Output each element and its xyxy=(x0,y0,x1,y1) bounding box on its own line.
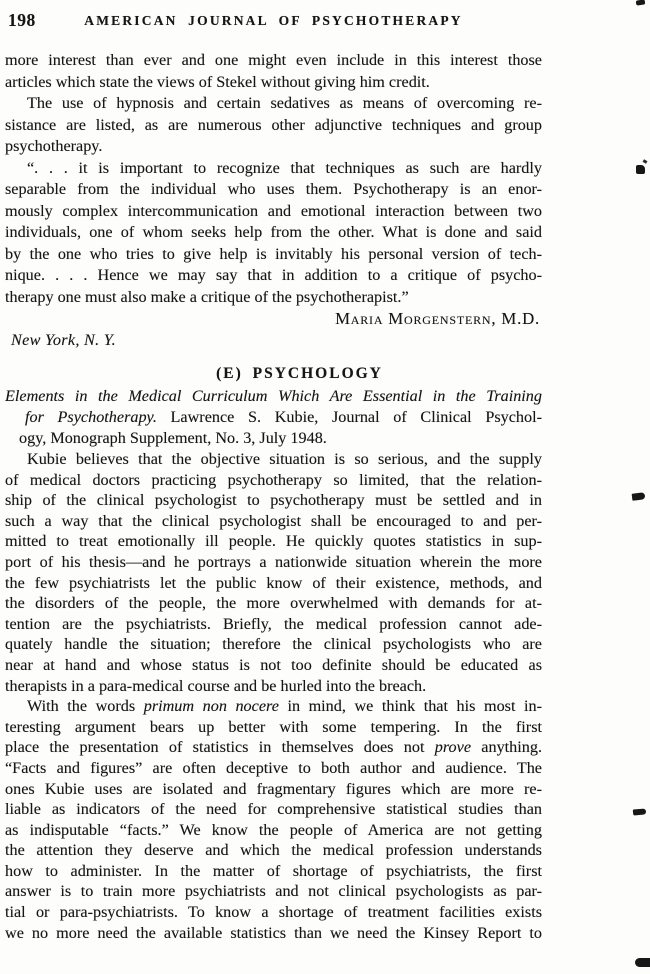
ink-smudge xyxy=(633,808,646,815)
review-paragraph: Kubie believes that the objective situat… xyxy=(5,449,542,696)
text-line: tial or para-psychiatrists. To know a sh… xyxy=(5,902,542,923)
text-line: the few psychiatrists let the public kno… xyxy=(5,573,542,594)
text-segment: in mind, we think that his most in- xyxy=(279,697,542,715)
latin-phrase-italic: primum non nocere xyxy=(144,697,279,715)
review-paragraph: With the words primum non nocere in mind… xyxy=(5,696,542,943)
quote-line: mously complex intercommunication and em… xyxy=(5,201,542,223)
text-line: as indisputable “facts.” We know the peo… xyxy=(5,820,542,841)
ink-smudge xyxy=(636,0,646,6)
scanned-journal-page: 198 AMERICAN JOURNAL OF PSYCHOTHERAPY mo… xyxy=(0,0,650,974)
text-line: of medical doctors practicing psychother… xyxy=(5,470,542,491)
reviewer-signature: Maria Morgenstern, M.D. xyxy=(5,308,542,330)
section-heading: (E) PSYCHOLOGY xyxy=(5,363,542,384)
ink-smudge xyxy=(632,492,646,501)
text-line: articles which state the views of Stekel… xyxy=(5,72,542,94)
text-segment: anything. xyxy=(471,738,542,756)
reference-citation: Elements in the Medical Curriculum Which… xyxy=(5,386,542,449)
quote-line: nique. . . . Hence we may say that in ad… xyxy=(5,265,542,287)
text-line: “Facts and figures” are often deceptive … xyxy=(5,758,542,779)
reviewer-location: New York, N. Y. xyxy=(5,330,542,352)
text-line: psychotherapy. xyxy=(5,136,542,158)
text-line: port of his thesis—and he portrays a nat… xyxy=(5,552,542,573)
text-line: place the presentation of statistics in … xyxy=(5,737,542,758)
text-line: ship of the clinical psychologist to psy… xyxy=(5,490,542,511)
text-line: how to administer. In the matter of shor… xyxy=(5,861,542,882)
text-line: The use of hypnosis and certain sedative… xyxy=(5,93,542,115)
text-line: we no more need the available statistics… xyxy=(5,923,542,944)
quote-line: “. . . it is important to recognize that… xyxy=(5,158,542,180)
ink-smudge xyxy=(636,165,645,174)
text-line: more interest than ever and one might ev… xyxy=(5,50,542,72)
text-segment: place the presentation of statistics in … xyxy=(5,738,435,756)
text-line: near at hand and whose status is not too… xyxy=(5,655,542,676)
text-line: liable as indicators of the need for com… xyxy=(5,799,542,820)
text-line: ones Kubie uses are isolated and fragmen… xyxy=(5,779,542,800)
quote-line: separable from the individual who uses t… xyxy=(5,179,542,201)
text-line: the disorders of the people, the more ov… xyxy=(5,593,542,614)
reference-line: for Psychotherapy. Lawrence S. Kubie, Jo… xyxy=(5,407,542,428)
reference-title-italic: for Psychotherapy. xyxy=(25,408,157,426)
page-body: more interest than ever and one might ev… xyxy=(5,50,542,943)
emphasis-italic: prove xyxy=(435,738,471,756)
text-line: such a way that the clinical psychologis… xyxy=(5,511,542,532)
quote-line: by the one who tries to give help is inv… xyxy=(5,244,542,266)
paragraph: The use of hypnosis and certain sedative… xyxy=(5,93,542,158)
quote-line: individuals, one of whom seeks help from… xyxy=(5,222,542,244)
text-line: teresting argument bears up better with … xyxy=(5,717,542,738)
text-line: tention are the psychiatrists. Briefly, … xyxy=(5,614,542,635)
text-line: Kubie believes that the objective situat… xyxy=(5,449,542,470)
text-line: quately handle the situation; therefore … xyxy=(5,634,542,655)
paragraph-continuation: more interest than ever and one might ev… xyxy=(5,50,542,93)
text-line: mitted to treat emotionally ill people. … xyxy=(5,531,542,552)
reference-line: Elements in the Medical Curriculum Which… xyxy=(5,386,542,407)
text-segment: With the words xyxy=(27,697,144,715)
page-header: 198 AMERICAN JOURNAL OF PSYCHOTHERAPY xyxy=(5,10,542,36)
text-line: With the words primum non nocere in mind… xyxy=(5,696,542,717)
text-line: sistance are listed, as are numerous oth… xyxy=(5,115,542,137)
running-head-journal-title: AMERICAN JOURNAL OF PSYCHOTHERAPY xyxy=(5,13,542,29)
block-quotation: “. . . it is important to recognize that… xyxy=(5,158,542,309)
text-line: answer is to train more psychiatrists an… xyxy=(5,881,542,902)
quote-line: therapy one must also make a critique of… xyxy=(5,287,542,309)
reference-author: Lawrence S. Kubie, Journal of Clinical P… xyxy=(157,408,542,426)
reference-line: ogy, Monograph Supplement, No. 3, July 1… xyxy=(5,428,542,449)
text-line: therapists in a para-medical course and … xyxy=(5,676,542,697)
text-line: the attention they deserve and which the… xyxy=(5,840,542,861)
ink-smudge xyxy=(635,958,650,967)
